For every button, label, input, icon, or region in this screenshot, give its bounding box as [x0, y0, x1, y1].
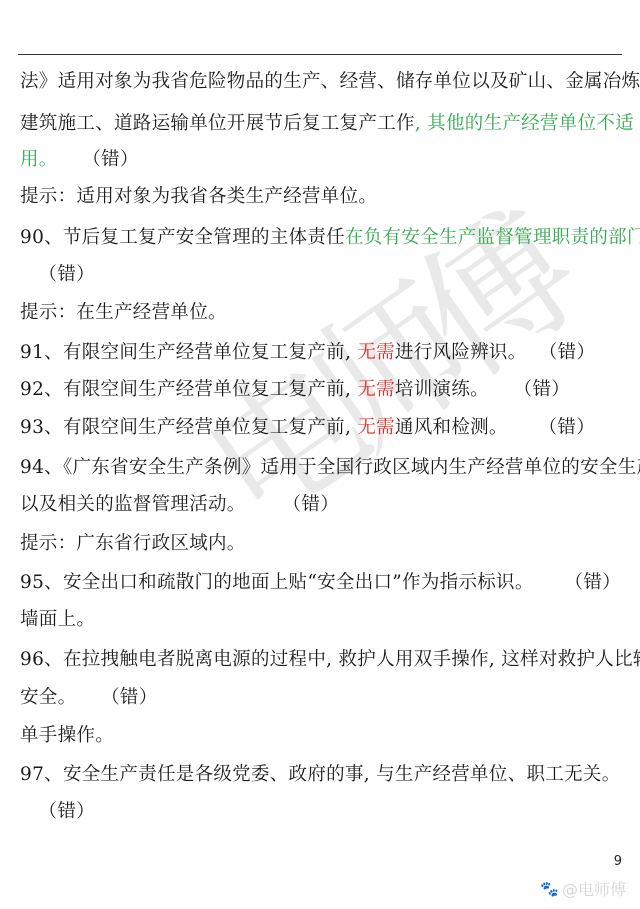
hint-line: 提示：广东省行政区域内。	[20, 532, 246, 556]
question-text: 94、《广东省安全生产条例》适用于全国行政区域内生产经营单位的安全生产	[20, 457, 640, 478]
hint-text: 单手操作。	[20, 725, 114, 746]
question-line: 94、《广东省安全生产条例》适用于全国行政区域内生产经营单位的安全生产	[20, 456, 640, 480]
answer-label: （错）	[58, 149, 139, 170]
question-text: 培训演练。 （错）	[395, 379, 570, 400]
emphasis-text: 无需	[357, 379, 395, 400]
paw-icon: 🐾	[540, 880, 559, 898]
text-segment: 建筑施工、道路运输单位开展节后复工复产工作	[20, 113, 415, 134]
emphasis-text: 无需	[357, 417, 395, 438]
hint-text: 提示：广东省行政区域内。	[20, 533, 246, 554]
text-segment: 法》适用对象为我省危险物品的生产、经营、储存单位以及矿山、金属冶炼、	[20, 71, 640, 92]
question-line: 91、有限空间生产经营单位复工复产前, 无需进行风险辨识。 （错）	[20, 341, 595, 365]
hint-text: 墙面上。	[20, 609, 95, 630]
text-line: （错）	[20, 263, 95, 287]
highlighted-text: , 其他的生产经营单位不适	[415, 113, 634, 134]
question-text: 95、安全出口和疏散门的地面上贴“安全出口”作为指示标识。 （错）	[20, 572, 621, 593]
hint-line: 提示：适用对象为我省各类生产经营单位。	[20, 185, 377, 209]
question-text: 安全。 （错）	[20, 687, 158, 708]
answer-label: （错）	[20, 801, 95, 822]
question-text: 通风和检测。 （错）	[395, 417, 595, 438]
hint-line: 提示：在生产经营单位。	[20, 301, 227, 325]
highlighted-text: 在负有安全生产监督管理职责的部门。	[345, 227, 640, 248]
source-handle: @电师傅	[562, 877, 626, 900]
question-text: 96、在拉拽触电者脱离电源的过程中, 救护人用双手操作, 这样对救护人比较	[20, 649, 640, 670]
hint-text: 提示：适用对象为我省各类生产经营单位。	[20, 186, 377, 207]
question-line: 90、节后复工复产安全管理的主体责任在负有安全生产监督管理职责的部门。	[20, 226, 640, 250]
header-rule	[18, 54, 622, 55]
question-text: 91、有限空间生产经营单位复工复产前,	[20, 342, 357, 363]
text-line: 用。 （错）	[20, 148, 139, 172]
text-line: 以及相关的监督管理活动。 （错）	[20, 493, 339, 517]
question-text: 以及相关的监督管理活动。 （错）	[20, 494, 339, 515]
question-text: 进行风险辨识。 （错）	[395, 342, 595, 363]
highlighted-text: 用。	[20, 149, 58, 170]
source-watermark: 🐾 @电师傅	[540, 877, 626, 900]
question-line: 96、在拉拽触电者脱离电源的过程中, 救护人用双手操作, 这样对救护人比较	[20, 648, 640, 672]
text-line: 安全。 （错）	[20, 686, 158, 710]
question-line: 93、有限空间生产经营单位复工复产前, 无需通风和检测。 （错）	[20, 416, 595, 440]
page-number: 9	[614, 854, 622, 869]
emphasis-text: 无需	[357, 342, 395, 363]
question-text: 97、安全生产责任是各级党委、政府的事, 与生产经营单位、职工无关。	[20, 764, 621, 785]
text-line: 建筑施工、道路运输单位开展节后复工复产工作, 其他的生产经营单位不适	[20, 112, 634, 136]
question-text: 93、有限空间生产经营单位复工复产前,	[20, 417, 357, 438]
text-line: （错）	[20, 800, 95, 824]
question-text: 90、节后复工复产安全管理的主体责任	[20, 227, 345, 248]
answer-label: （错）	[20, 264, 95, 285]
hint-text: 提示：在生产经营单位。	[20, 302, 227, 323]
hint-line: 单手操作。	[20, 724, 114, 748]
text-line: 法》适用对象为我省危险物品的生产、经营、储存单位以及矿山、金属冶炼、	[20, 70, 640, 94]
question-text: 92、有限空间生产经营单位复工复产前,	[20, 379, 357, 400]
question-line: 95、安全出口和疏散门的地面上贴“安全出口”作为指示标识。 （错）	[20, 571, 621, 595]
question-line: 97、安全生产责任是各级党委、政府的事, 与生产经营单位、职工无关。	[20, 763, 621, 787]
hint-line: 墙面上。	[20, 608, 95, 632]
question-line: 92、有限空间生产经营单位复工复产前, 无需培训演练。 （错）	[20, 378, 570, 402]
